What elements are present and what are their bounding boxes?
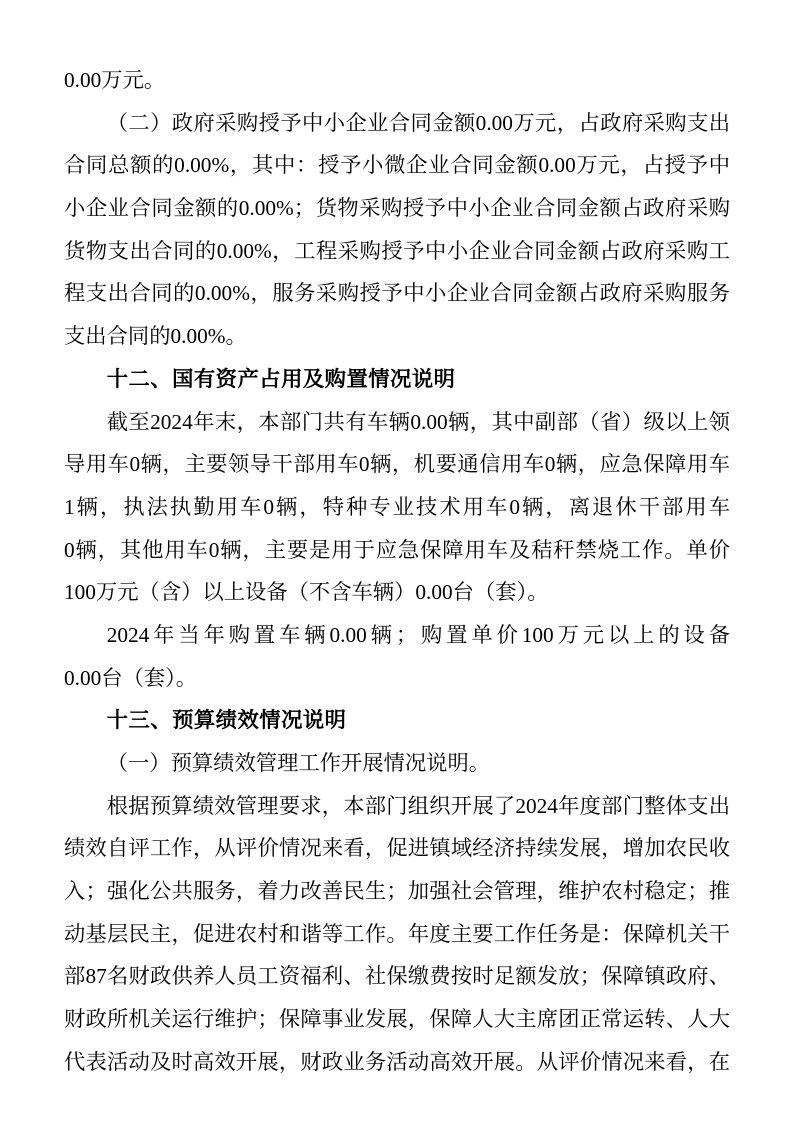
text-line: 0.00台（套）。	[64, 657, 730, 700]
text-line: 2024年当年购置车辆0.00辆；购置单价100万元以上的设备	[64, 614, 730, 657]
text-line: 0辆，其他用车0辆，主要是用于应急保障用车及秸秆禁烧工作。单价	[64, 529, 730, 572]
text-line: 程支出合同的0.00%，服务采购授予中小企业合同金额占政府采购服务	[64, 272, 730, 315]
text-line: 100万元（含）以上设备（不含车辆）0.00台（套）。	[64, 571, 730, 614]
text-line: 1辆，执法执勤用车0辆，特种专业技术用车0辆，离退休干部用车	[64, 486, 730, 529]
document-page: 0.00万元。（二）政府采购授予中小企业合同金额0.00万元，占政府采购支出合同…	[0, 0, 793, 1122]
section-heading: 十三、预算绩效情况说明	[64, 699, 730, 742]
text-line: 动基层民主，促进农村和谐等工作。年度主要工作任务是：保障机关干	[64, 913, 730, 956]
section-heading: 十二、国有资产占用及购置情况说明	[64, 358, 730, 401]
document-body: 0.00万元。（二）政府采购授予中小企业合同金额0.00万元，占政府采购支出合同…	[64, 59, 730, 1084]
text-line: 货物支出合同的0.00%，工程采购授予中小企业合同金额占政府采购工	[64, 230, 730, 273]
text-line: 根据预算绩效管理要求，本部门组织开展了2024年度部门整体支出	[64, 785, 730, 828]
text-line: （一）预算绩效管理工作开展情况说明。	[64, 742, 730, 785]
text-line: 入；强化公共服务，着力改善民生；加强社会管理，维护农村稳定；推	[64, 870, 730, 913]
text-line: 部87名财政供养人员工资福利、社保缴费按时足额发放；保障镇政府、	[64, 955, 730, 998]
text-line: 财政所机关运行维护；保障事业发展，保障人大主席团正常运转、人大	[64, 998, 730, 1041]
text-line: 截至2024年末，本部门共有车辆0.00辆，其中副部（省）级以上领	[64, 401, 730, 444]
text-line: 合同总额的0.00%，其中：授予小微企业合同金额0.00万元，占授予中	[64, 144, 730, 187]
text-line: 绩效自评工作，从评价情况来看，促进镇域经济持续发展，增加农民收	[64, 827, 730, 870]
text-line: 0.00万元。	[64, 59, 730, 102]
text-line: 代表活动及时高效开展，财政业务活动高效开展。从评价情况来看，在	[64, 1041, 730, 1084]
text-line: 导用车0辆，主要领导干部用车0辆，机要通信用车0辆，应急保障用车	[64, 443, 730, 486]
text-line: （二）政府采购授予中小企业合同金额0.00万元，占政府采购支出	[64, 102, 730, 145]
text-line: 支出合同的0.00%。	[64, 315, 730, 358]
text-line: 小企业合同金额的0.00%；货物采购授予中小企业合同金额占政府采购	[64, 187, 730, 230]
